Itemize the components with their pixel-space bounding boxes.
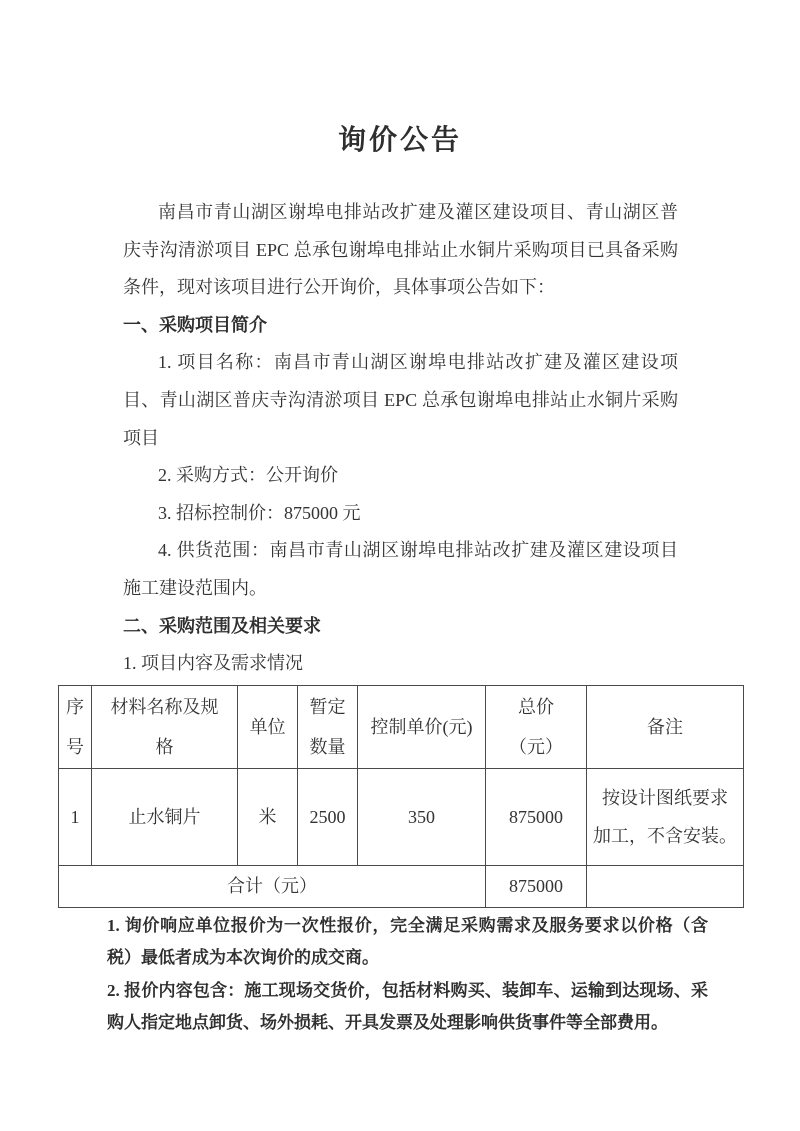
cell-material: 止水铜片 <box>92 768 238 865</box>
section-1-heading: 一、采购项目简介 <box>123 307 678 345</box>
page-title: 询价公告 <box>0 0 800 157</box>
section-2-heading: 二、采购范围及相关要求 <box>123 608 678 646</box>
notes-section: 1. 询价响应单位报价为一次性报价，完全满足采购需求及服务要求以价格（含税）最低… <box>107 910 708 1040</box>
document-body: 南昌市青山湖区谢埠电排站改扩建及灌区建设项目、青山湖区普庆寺沟清淤项目 EPC … <box>123 194 678 683</box>
procurement-table: 序 号 材料名称及规 格 单位 暂定 数量 控制单价(元) 总价 （元） 备注 … <box>58 685 744 908</box>
document-page: 询价公告 南昌市青山湖区谢埠电排站改扩建及灌区建设项目、青山湖区普庆寺沟清淤项目… <box>0 0 800 1131</box>
footer-total: 875000 <box>486 865 587 907</box>
note-quote-contents: 2. 报价内容包含：施工现场交货价，包括材料购买、装卸车、运输到达现场、采购人指… <box>107 975 708 1040</box>
footer-remark <box>587 865 744 907</box>
section-1-item-control-price: 3. 招标控制价：875000 元 <box>123 495 678 533</box>
cell-unit: 米 <box>238 768 298 865</box>
cell-qty: 2500 <box>298 768 358 865</box>
table-footer-row: 合计（元） 875000 <box>59 865 744 907</box>
table-header-row: 序 号 材料名称及规 格 单位 暂定 数量 控制单价(元) 总价 （元） 备注 <box>59 685 744 768</box>
note-one-time-quote: 1. 询价响应单位报价为一次性报价，完全满足采购需求及服务要求以价格（含税）最低… <box>107 910 708 975</box>
cell-serial: 1 <box>59 768 92 865</box>
cell-remark: 按设计图纸要求 加工，不含安装。 <box>587 768 744 865</box>
table-caption: 1. 项目内容及需求情况 <box>123 645 678 683</box>
col-header-remark: 备注 <box>587 685 744 768</box>
col-header-serial: 序 号 <box>59 685 92 768</box>
col-header-total: 总价 （元） <box>486 685 587 768</box>
section-1-item-method: 2. 采购方式：公开询价 <box>123 457 678 495</box>
col-header-unit-price: 控制单价(元) <box>358 685 486 768</box>
cell-unit-price: 350 <box>358 768 486 865</box>
cell-total: 875000 <box>486 768 587 865</box>
footer-label: 合计（元） <box>59 865 486 907</box>
intro-paragraph: 南昌市青山湖区谢埠电排站改扩建及灌区建设项目、青山湖区普庆寺沟清淤项目 EPC … <box>123 194 678 307</box>
col-header-qty: 暂定 数量 <box>298 685 358 768</box>
col-header-unit: 单位 <box>238 685 298 768</box>
section-1-item-project-name: 1. 项目名称：南昌市青山湖区谢埠电排站改扩建及灌区建设项目、青山湖区普庆寺沟清… <box>123 344 678 457</box>
col-header-material: 材料名称及规 格 <box>92 685 238 768</box>
table-row: 1 止水铜片 米 2500 350 875000 按设计图纸要求 加工，不含安装… <box>59 768 744 865</box>
section-1-item-supply-scope: 4. 供货范围：南昌市青山湖区谢埠电排站改扩建及灌区建设项目施工建设范围内。 <box>123 532 678 607</box>
